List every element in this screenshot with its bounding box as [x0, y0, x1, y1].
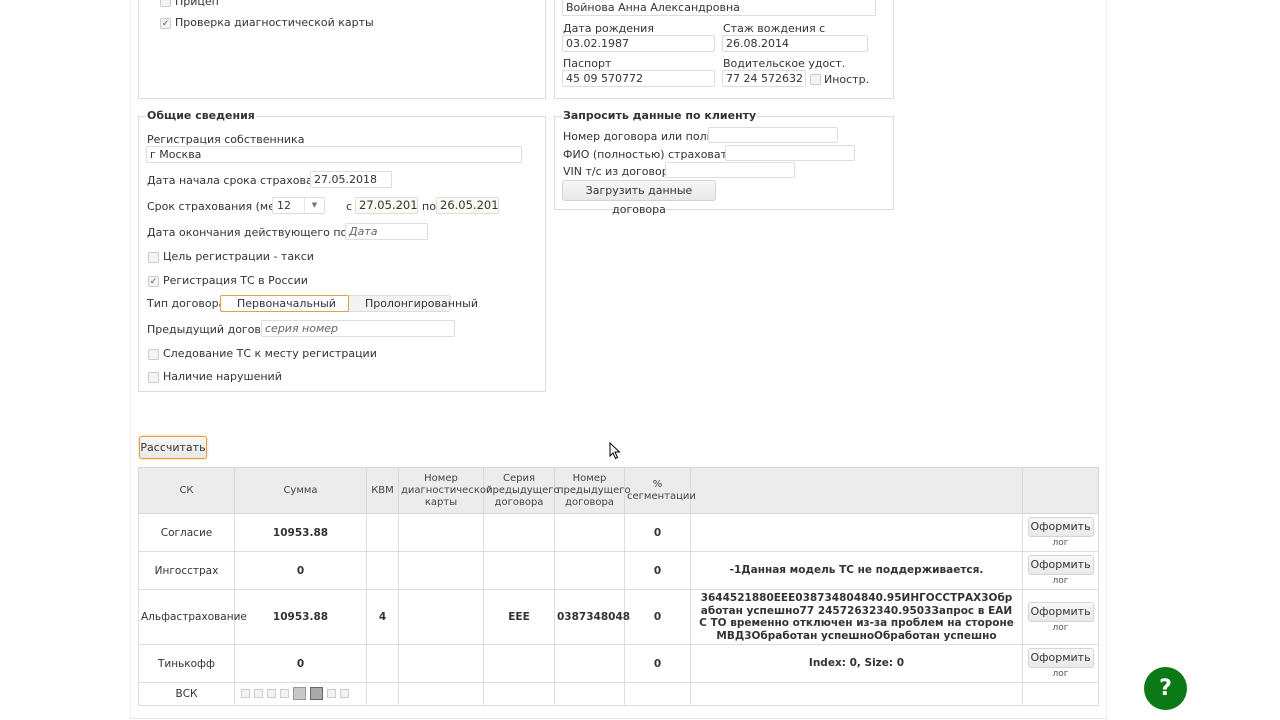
trailer-label: Прицеп	[175, 0, 219, 8]
prev-contract-field[interactable]: серия номер	[261, 320, 455, 337]
table-row: Альфастрахование 10953.88 4 EEE 03873480…	[139, 590, 1099, 645]
number-cell	[555, 552, 625, 590]
header-actions	[1023, 468, 1099, 514]
contract-type-prolonged[interactable]: Пролонгированный	[349, 296, 486, 311]
help-button[interactable]: ?	[1144, 667, 1187, 710]
diag-cell	[399, 590, 484, 645]
follow-label: Следование ТС к месту регистрации	[163, 347, 377, 360]
header-message	[691, 468, 1023, 514]
actions-cell: Оформить лог	[1023, 514, 1099, 552]
violations-checkbox[interactable]	[148, 372, 159, 383]
kbm-cell: 4	[367, 590, 399, 645]
log-link[interactable]: лог	[1025, 623, 1096, 633]
diag-card-checkbox[interactable]: ✓	[160, 18, 171, 29]
diag-card-label: Проверка диагностической карты	[175, 16, 374, 29]
table-row: Ингосстрах 0 0 -1Данная модель ТС не под…	[139, 552, 1099, 590]
message-cell	[691, 683, 1023, 706]
driver-panel: Войнова Анна Александровна Дата рождения…	[554, 0, 894, 99]
actions-cell: Оформить лог	[1023, 645, 1099, 683]
term-value: 12	[277, 199, 291, 212]
contract-number-field[interactable]	[708, 127, 838, 143]
foreign-label: Иностр.	[824, 73, 869, 86]
vehicle-options-panel: Прицеп ✓ Проверка диагностической карты	[138, 0, 546, 99]
vin-field[interactable]	[665, 162, 795, 178]
log-link[interactable]: лог	[1025, 576, 1096, 586]
prev-contract-label: Предыдущий договор	[147, 323, 275, 336]
series-cell	[484, 683, 555, 706]
sum-cell: 10953.88	[235, 514, 367, 552]
message-cell: -1Данная модель ТС не поддерживается.	[691, 552, 1023, 590]
driver-name-field[interactable]: Войнова Анна Александровна	[562, 0, 876, 16]
company-cell: Альфастрахование	[139, 590, 235, 645]
reg-russia-label: Регистрация ТС в России	[163, 274, 308, 287]
passport-field[interactable]: 45 09 570772	[562, 70, 715, 87]
sum-cell: 10953.88	[235, 590, 367, 645]
trailer-checkbox[interactable]	[160, 0, 171, 7]
sum-cell	[235, 683, 367, 706]
log-link[interactable]: лог	[1025, 538, 1096, 548]
kbm-cell	[367, 645, 399, 683]
sum-cell: 0	[235, 552, 367, 590]
term-select[interactable]: 12 ▼	[272, 197, 325, 214]
load-contract-button[interactable]: Загрузить данные договора	[562, 180, 716, 201]
series-cell	[484, 514, 555, 552]
chevron-down-icon: ▼	[304, 198, 324, 213]
to-label: по	[422, 200, 436, 213]
from-label: с	[346, 200, 352, 213]
from-date-field[interactable]: 27.05.2018	[355, 197, 418, 214]
issue-button[interactable]: Оформить	[1028, 648, 1094, 668]
mouse-cursor-icon	[609, 442, 621, 460]
reg-russia-checkbox[interactable]: ✓	[148, 276, 159, 287]
current-end-field[interactable]: Дата	[345, 223, 428, 240]
follow-checkbox[interactable]	[148, 349, 159, 360]
vin-label: VIN т/с из договора	[563, 165, 675, 178]
passport-label: Паспорт	[563, 57, 611, 70]
violations-label: Наличие нарушений	[163, 370, 282, 383]
log-link[interactable]: лог	[1025, 669, 1096, 679]
birth-date-field[interactable]: 03.02.1987	[562, 35, 715, 52]
kbm-cell	[367, 552, 399, 590]
start-date-field[interactable]: 27.05.2018	[310, 171, 392, 188]
issue-button[interactable]: Оформить	[1028, 602, 1094, 622]
general-info-panel: Общие сведения Регистрация собственника …	[138, 116, 546, 392]
issue-button[interactable]: Оформить	[1028, 555, 1094, 575]
message-cell: 3644521880EEE038734804840.95ИНГОССТРАХ3О…	[691, 590, 1023, 645]
header-prev-number: Номер предыдущего договора	[555, 468, 625, 514]
experience-field[interactable]: 26.08.2014	[722, 35, 868, 52]
current-end-label: Дата окончания действующего полиса	[147, 226, 374, 239]
table-row: Тинькофф 0 0 Index: 0, Size: 0 Оформить …	[139, 645, 1099, 683]
series-cell	[484, 645, 555, 683]
header-company: СК	[139, 468, 235, 514]
loading-indicator	[241, 687, 349, 700]
diag-cell	[399, 683, 484, 706]
results-header-row: СК Сумма КВМ Номер диагностической карты…	[139, 468, 1099, 514]
kbm-cell	[367, 514, 399, 552]
fio-label: ФИО (полностью) страхователя	[563, 148, 747, 161]
taxi-label: Цель регистрации - такси	[163, 250, 314, 263]
owner-reg-field[interactable]: г Москва	[146, 146, 522, 163]
seg-cell: 0	[625, 590, 691, 645]
calculate-button[interactable]: Рассчитать	[139, 436, 207, 459]
series-cell	[484, 552, 555, 590]
number-cell	[555, 683, 625, 706]
kbm-cell	[367, 683, 399, 706]
diag-cell	[399, 514, 484, 552]
contract-type-initial[interactable]: Первоначальный	[220, 295, 349, 312]
client-request-panel: Запросить данные по клиенту Номер догово…	[554, 116, 894, 210]
number-cell	[555, 514, 625, 552]
header-kbm: КВМ	[367, 468, 399, 514]
number-cell	[555, 645, 625, 683]
company-cell: Тинькофф	[139, 645, 235, 683]
series-cell: EEE	[484, 590, 555, 645]
diag-cell	[399, 645, 484, 683]
message-cell	[691, 514, 1023, 552]
actions-cell: Оформить лог	[1023, 552, 1099, 590]
term-label: Срок страхования (мес.)	[147, 200, 289, 213]
issue-button[interactable]: Оформить	[1028, 517, 1094, 537]
table-row: Согласие 10953.88 0 Оформить лог	[139, 514, 1099, 552]
seg-cell: 0	[625, 514, 691, 552]
seg-cell	[625, 683, 691, 706]
table-row: ВСК	[139, 683, 1099, 706]
sum-cell: 0	[235, 645, 367, 683]
contract-number-label: Номер договора или полиса	[563, 130, 727, 143]
header-segmentation: % сегментации	[625, 468, 691, 514]
contract-type-label: Тип договора	[147, 297, 225, 310]
header-sum: Сумма	[235, 468, 367, 514]
fio-field[interactable]	[725, 145, 855, 161]
actions-cell: Оформить лог	[1023, 590, 1099, 645]
client-request-legend: Запросить данные по клиенту	[562, 109, 757, 122]
seg-cell: 0	[625, 645, 691, 683]
birth-date-label: Дата рождения	[563, 22, 654, 35]
start-date-label: Дата начала срока страхования	[147, 174, 334, 187]
seg-cell: 0	[625, 552, 691, 590]
header-prev-series: Серия предыдущего договора	[484, 468, 555, 514]
company-cell: Согласие	[139, 514, 235, 552]
owner-reg-label: Регистрация собственника	[147, 133, 304, 146]
general-info-legend: Общие сведения	[146, 109, 256, 122]
results-table: СК Сумма КВМ Номер диагностической карты…	[138, 467, 1099, 706]
header-diag-card: Номер диагностической карты	[399, 468, 484, 514]
license-field[interactable]: 77 24 572632	[722, 70, 806, 87]
foreign-checkbox[interactable]	[810, 74, 821, 85]
contract-type-toggle: Первоначальный Пролонгированный	[220, 295, 451, 312]
company-cell: Ингосстрах	[139, 552, 235, 590]
actions-cell	[1023, 683, 1099, 706]
diag-cell	[399, 552, 484, 590]
experience-label: Стаж вождения с	[723, 22, 825, 35]
to-date-field[interactable]: 26.05.2019	[436, 197, 499, 214]
company-cell: ВСК	[139, 683, 235, 706]
taxi-checkbox[interactable]	[148, 252, 159, 263]
license-label: Водительское удост.	[723, 57, 845, 70]
number-cell: 0387348048	[555, 590, 625, 645]
message-cell: Index: 0, Size: 0	[691, 645, 1023, 683]
